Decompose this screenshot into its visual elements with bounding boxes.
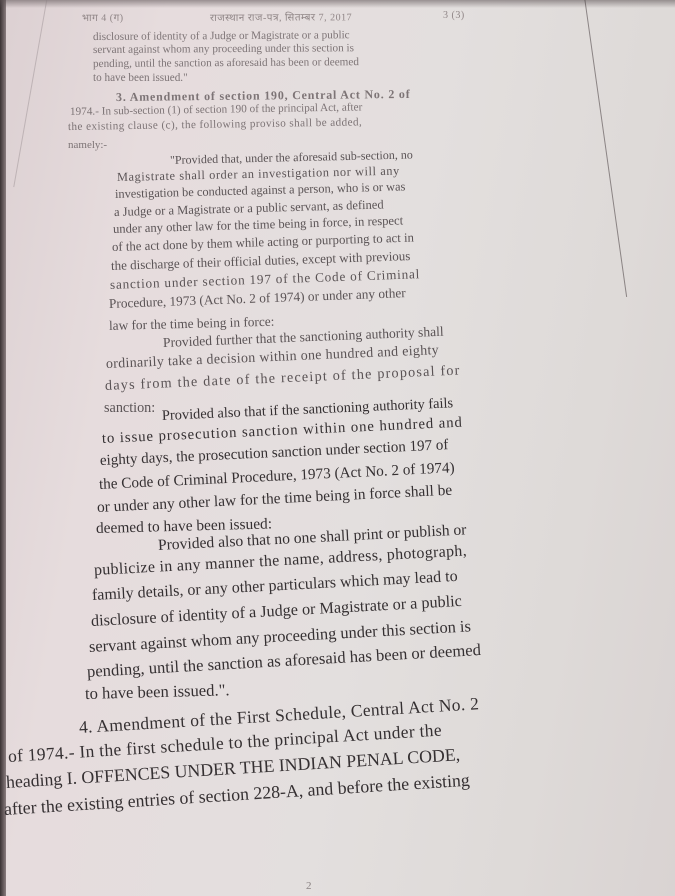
text-line: sanction: xyxy=(104,400,155,417)
text-line: to have been issued.". xyxy=(85,680,230,704)
page-number: 2 xyxy=(306,880,312,892)
header-center: राजस्थान राज-पत्र, सितम्बर 7, 2017 xyxy=(210,9,352,24)
text-line: pending, until the sanction as aforesaid… xyxy=(93,56,359,70)
document-photo: भाग 4 (ग) राजस्थान राज-पत्र, सितम्बर 7, … xyxy=(0,0,675,896)
header-right: 3 (3) xyxy=(443,10,465,21)
text-line: to have been issued." xyxy=(93,72,188,84)
text-line: 1974.- In sub-section (1) of section 190… xyxy=(70,101,362,118)
text-line: namely:- xyxy=(68,139,107,151)
text-line: the existing clause (c), the following p… xyxy=(68,116,362,133)
text-line: disclosure of identity of a Judge or Mag… xyxy=(93,29,350,43)
text-line: servant against whom any proceeding unde… xyxy=(93,42,354,56)
gazette-page: भाग 4 (ग) राजस्थान राज-पत्र, सितम्बर 7, … xyxy=(0,0,675,896)
header-left: भाग 4 (ग) xyxy=(82,10,124,24)
